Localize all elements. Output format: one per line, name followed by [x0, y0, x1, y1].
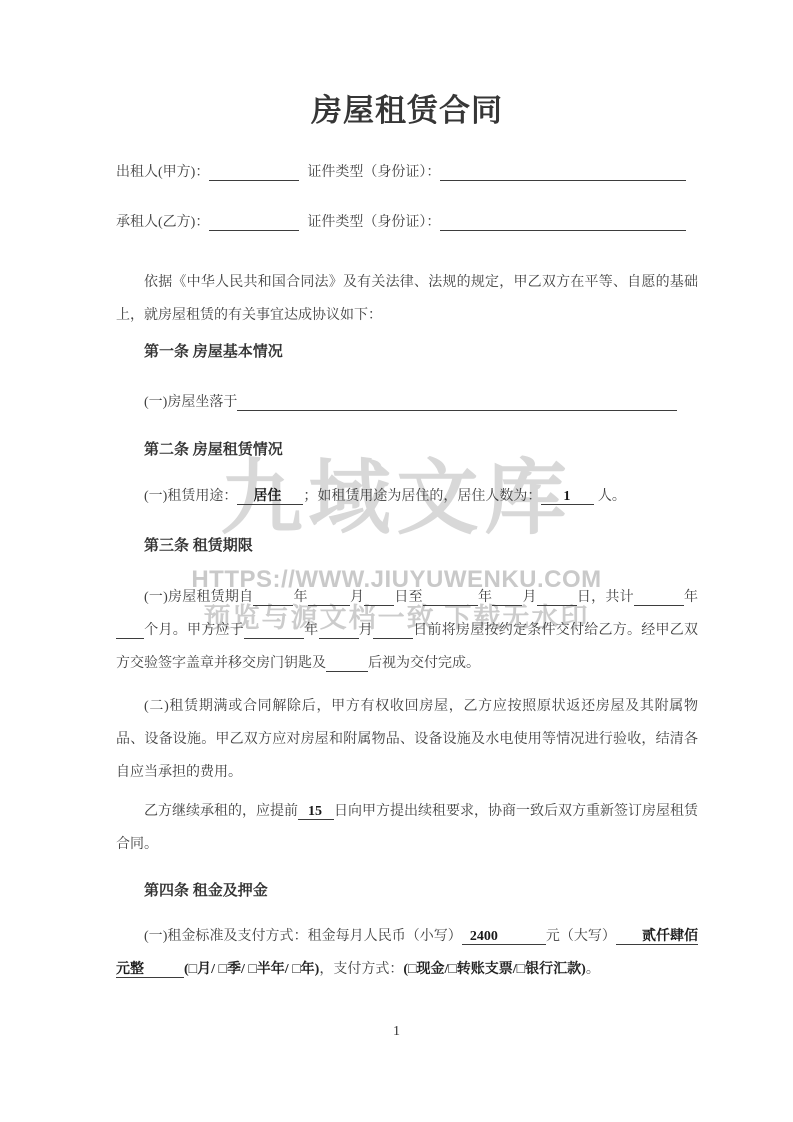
article-4-clause-1: (一)租金标准及支付方式：租金每月人民币（小写）2400元（大写）贰仟肆佰元整(… — [116, 920, 698, 986]
lease-end-day-blank[interactable] — [537, 589, 577, 606]
lessee-label: 承租人(乙方)： — [116, 215, 209, 230]
text-run: 人。 — [594, 489, 626, 504]
text-run: 年 — [304, 623, 319, 638]
text-run: 日至 — [394, 590, 423, 605]
text-run: ；如租赁用途为居住的，居住人数为： — [303, 489, 541, 504]
payment-method-options: (□现金/□转账支票/□银行汇款) — [403, 962, 585, 977]
handover-month-blank[interactable] — [319, 622, 359, 639]
document-body: 出租人(甲方)： 证件类型（身份证）： 承租人(乙方)： 证件类型（身份证）： … — [116, 160, 698, 986]
article-2-heading: 第二条 房屋租赁情况 — [116, 434, 698, 467]
text-run: 个月。甲方应于 — [144, 623, 244, 638]
lessor-id-number-blank[interactable] — [440, 164, 686, 181]
article-3-heading: 第三条 租赁期限 — [116, 530, 698, 563]
lease-end-month-blank[interactable] — [492, 589, 522, 606]
lessor-label: 出租人(甲方)： — [116, 165, 209, 180]
text-run: 年 — [478, 590, 492, 605]
renewal-clause: 乙方继续承租的，应提前15日向甲方提出续租要求，协商一致后双方重新签订房屋租赁合… — [116, 795, 698, 861]
text-run: (一)租金标准及支付方式：租金每月人民币（小写） — [144, 929, 462, 944]
lessor-name-blank[interactable] — [209, 164, 299, 181]
text-run: 月 — [522, 590, 536, 605]
text-run: 元（大写） — [546, 929, 616, 944]
article-3-clause-2: (二)租赁期满或合同解除后，甲方有权收回房屋，乙方应按照原状返还房屋及其附属物品… — [116, 690, 698, 789]
lease-start-month-blank[interactable] — [308, 589, 350, 606]
occupant-count-value[interactable]: 1 — [541, 489, 594, 505]
handover-day-blank[interactable] — [373, 622, 413, 639]
text-run: 年 — [293, 590, 307, 605]
text-run: (二)租赁期满或合同解除后，甲方有权收回房屋，乙方应按照原状返还房屋及其附属物品… — [116, 699, 698, 780]
text-run: 月 — [359, 623, 374, 638]
payment-period-options: (□月/ □季/ □半年/ □年) — [184, 962, 319, 977]
total-months-blank[interactable] — [116, 622, 144, 639]
page-number: 1 — [0, 1024, 793, 1040]
handover-items-blank[interactable] — [326, 655, 368, 672]
text-run: 第二条 房屋租赁情况 — [144, 442, 283, 458]
article-4-heading: 第四条 租金及押金 — [116, 875, 698, 908]
handover-year-blank[interactable] — [244, 622, 304, 639]
text-run: 月 — [350, 590, 364, 605]
text-run: 依据《中华人民共和国合同法》及有关法律、法规的规定，甲乙双方在平等、自愿的基础上… — [116, 275, 698, 323]
text-run: (一)房屋租赁期自 — [144, 590, 253, 605]
text-run: (一)房屋坐落于 — [144, 395, 237, 410]
text-run: 后视为交付完成。 — [368, 656, 480, 671]
house-address-blank[interactable] — [237, 394, 677, 411]
renewal-notice-days-value[interactable]: 15 — [298, 804, 334, 820]
lessee-id-type-label: 证件类型（身份证）： — [307, 215, 440, 230]
lessor-id-type-label: 证件类型（身份证）： — [307, 165, 440, 180]
page-title: 房屋租赁合同 — [116, 90, 698, 132]
lease-end-year-blank[interactable] — [423, 589, 478, 606]
text-run: 。 — [586, 962, 600, 977]
text-run: 日，共计 — [577, 590, 634, 605]
text-run: (一)租赁用途： — [144, 489, 237, 504]
total-years-blank[interactable] — [634, 589, 684, 606]
article-2-clause-1: (一)租赁用途：居住；如租赁用途为居住的，居住人数为：1 人。 — [116, 480, 698, 513]
monthly-rent-digits-value[interactable]: 2400 — [462, 929, 546, 945]
contract-page: 九域文库 HTTPS://WWW.JIUYUWENKU.COM 预览与源文档一致… — [0, 0, 793, 1122]
text-run: ，支付方式： — [319, 962, 403, 977]
article-3-clause-1: (一)房屋租赁期自 年 月 日至 年 月 日，共计 年 个月。甲方应于 年 月 … — [116, 581, 698, 680]
article-1-heading: 第一条 房屋基本情况 — [116, 336, 698, 369]
lessee-id-number-blank[interactable] — [440, 214, 686, 231]
preamble: 依据《中华人民共和国合同法》及有关法律、法规的规定，甲乙双方在平等、自愿的基础上… — [116, 266, 698, 332]
text-run: 年 — [684, 590, 698, 605]
text-run: 第三条 租赁期限 — [144, 538, 253, 554]
document-content: 房屋租赁合同 出租人(甲方)： 证件类型（身份证）： 承租人(乙方)： 证件类型… — [116, 0, 698, 986]
text-run: 第四条 租金及押金 — [144, 883, 268, 899]
text-run: 乙方继续承租的，应提前 — [144, 804, 298, 819]
lessor-row: 出租人(甲方)： 证件类型（身份证）： — [116, 160, 698, 186]
rental-purpose-value[interactable]: 居住 — [237, 489, 303, 505]
lease-start-year-blank[interactable] — [253, 589, 293, 606]
lessee-name-blank[interactable] — [209, 214, 299, 231]
lessee-row: 承租人(乙方)： 证件类型（身份证）： — [116, 210, 698, 236]
text-run: 第一条 房屋基本情况 — [144, 344, 283, 360]
article-1-clause-1: (一)房屋坐落于 — [116, 386, 698, 419]
lease-start-day-blank[interactable] — [364, 589, 394, 606]
